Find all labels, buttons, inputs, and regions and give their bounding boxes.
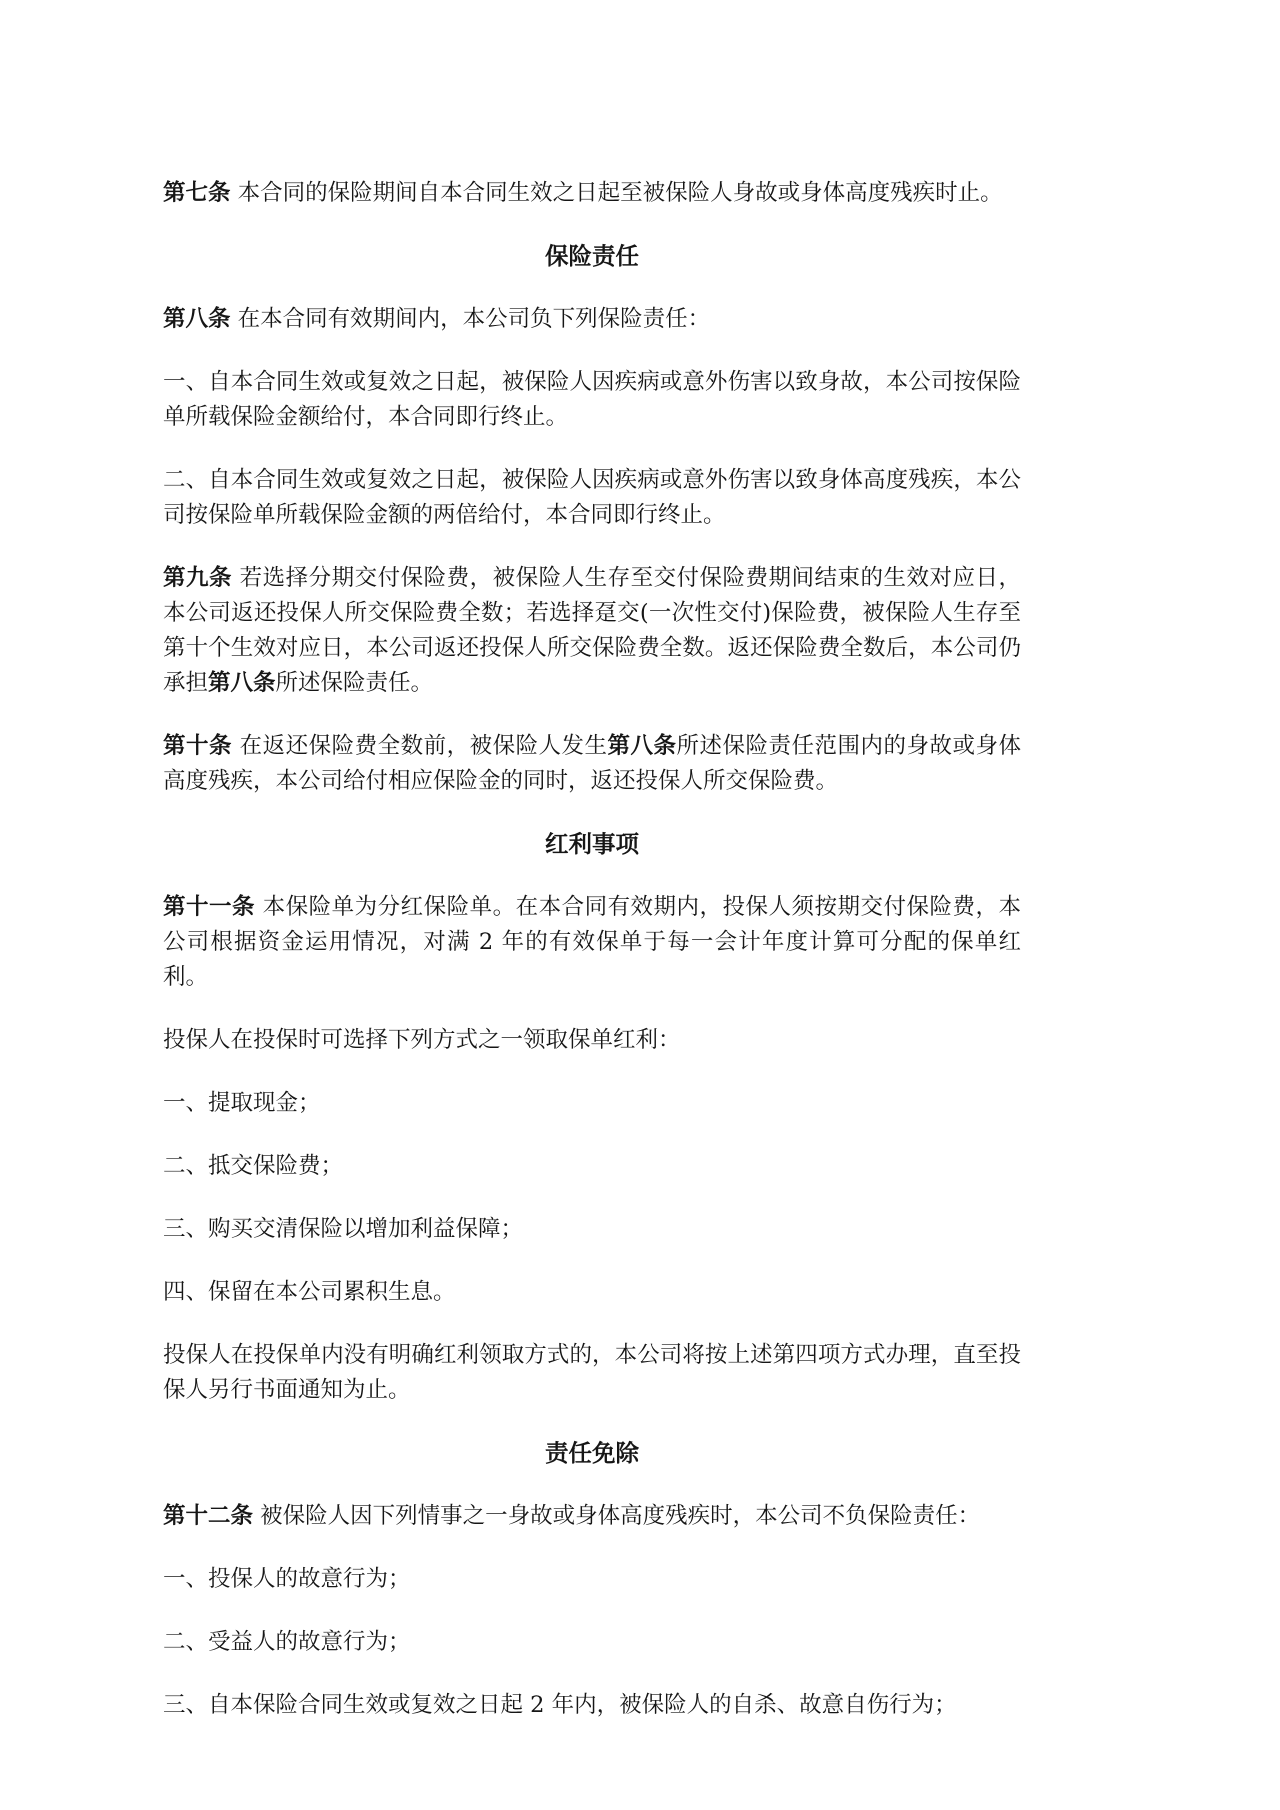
document-paragraph: 三、购买交清保险以增加利益保障； <box>163 1212 1021 1247</box>
document-paragraph: 第九条 若选择分期交付保险费，被保险人生存至交付保险费期间结束的生效对应日，本公… <box>163 561 1021 701</box>
document-paragraph: 四、保留在本公司累积生息。 <box>163 1275 1021 1310</box>
article-number: 第十条 <box>163 733 232 759</box>
text-run: 所述保险责任。 <box>276 670 434 696</box>
heading-text: 保险责任 <box>545 242 639 270</box>
article-number: 第十一条 <box>163 894 255 920</box>
document-paragraph: 第七条 本合同的保险期间自本合同生效之日起至被保险人身故或身体高度残疾时止。 <box>163 176 1021 211</box>
article-number: 第九条 <box>163 565 232 591</box>
document-paragraph: 投保人在投保单内没有明确红利领取方式的，本公司将按上述第四项方式办理，直至投保人… <box>163 1338 1021 1408</box>
heading-text: 责任免除 <box>545 1439 639 1467</box>
document-body: 第七条 本合同的保险期间自本合同生效之日起至被保险人身故或身体高度残疾时止。保险… <box>163 176 1021 1751</box>
text-run: 投保人在投保单内没有明确红利领取方式的，本公司将按上述第四项方式办理，直至投保人… <box>163 1342 1021 1403</box>
document-paragraph: 一、投保人的故意行为； <box>163 1562 1021 1597</box>
text-run: 一、提取现金； <box>163 1090 321 1116</box>
document-page: 第七条 本合同的保险期间自本合同生效之日起至被保险人身故或身体高度残疾时止。保险… <box>0 0 1280 1810</box>
article-reference: 第八条 <box>608 733 677 759</box>
document-paragraph: 一、自本合同生效或复效之日起，被保险人因疾病或意外伤害以致身故，本公司按保险单所… <box>163 365 1021 435</box>
document-paragraph: 第十一条 本保险单为分红保险单。在本合同有效期内，投保人须按期交付保险费，本公司… <box>163 890 1021 995</box>
section-heading: 责任免除 <box>163 1436 1021 1471</box>
section-heading: 保险责任 <box>163 239 1021 274</box>
article-reference: 第八条 <box>208 670 276 696</box>
heading-text: 红利事项 <box>545 830 639 858</box>
document-paragraph: 二、抵交保险费； <box>163 1149 1021 1184</box>
text-run: 被保险人因下列情事之一身故或身体高度残疾时，本公司不负保险责任： <box>253 1503 980 1529</box>
document-paragraph: 一、提取现金； <box>163 1086 1021 1121</box>
text-run: 四、保留在本公司累积生息。 <box>163 1279 456 1305</box>
text-run: 三、购买交清保险以增加利益保障； <box>163 1216 523 1242</box>
document-paragraph: 第十条 在返还保险费全数前，被保险人发生第八条所述保险责任范围内的身故或身体高度… <box>163 729 1021 799</box>
document-paragraph: 第八条 在本合同有效期间内，本公司负下列保险责任： <box>163 302 1021 337</box>
document-paragraph: 投保人在投保时可选择下列方式之一领取保单红利： <box>163 1023 1021 1058</box>
text-run: 投保人在投保时可选择下列方式之一领取保单红利： <box>163 1027 681 1053</box>
section-heading: 红利事项 <box>163 827 1021 862</box>
text-run: 在返还保险费全数前，被保险人发生 <box>232 733 608 759</box>
text-run: 二、受益人的故意行为； <box>163 1629 411 1655</box>
text-run: 本保险单为分红保险单。在本合同有效期内，投保人须按期交付保险费，本公司根据资金运… <box>163 894 1021 990</box>
article-number: 第八条 <box>163 306 231 332</box>
text-run: 一、自本合同生效或复效之日起，被保险人因疾病或意外伤害以致身故，本公司按保险单所… <box>163 369 1021 430</box>
document-paragraph: 第十二条 被保险人因下列情事之一身故或身体高度残疾时，本公司不负保险责任： <box>163 1499 1021 1534</box>
document-paragraph: 二、受益人的故意行为； <box>163 1625 1021 1660</box>
text-run: 三、自本保险合同生效或复效之日起 2 年内，被保险人的自杀、故意自伤行为； <box>163 1692 957 1718</box>
text-run: 本合同的保险期间自本合同生效之日起至被保险人身故或身体高度残疾时止。 <box>231 180 1003 206</box>
article-number: 第十二条 <box>163 1503 253 1529</box>
document-paragraph: 三、自本保险合同生效或复效之日起 2 年内，被保险人的自杀、故意自伤行为； <box>163 1688 1021 1723</box>
text-run: 二、抵交保险费； <box>163 1153 343 1179</box>
text-run: 二、自本合同生效或复效之日起，被保险人因疾病或意外伤害以致身体高度残疾，本公司按… <box>163 467 1021 528</box>
text-run: 一、投保人的故意行为； <box>163 1566 411 1592</box>
text-run: 在本合同有效期间内，本公司负下列保险责任： <box>231 306 711 332</box>
document-paragraph: 二、自本合同生效或复效之日起，被保险人因疾病或意外伤害以致身体高度残疾，本公司按… <box>163 463 1021 533</box>
article-number: 第七条 <box>163 180 231 206</box>
